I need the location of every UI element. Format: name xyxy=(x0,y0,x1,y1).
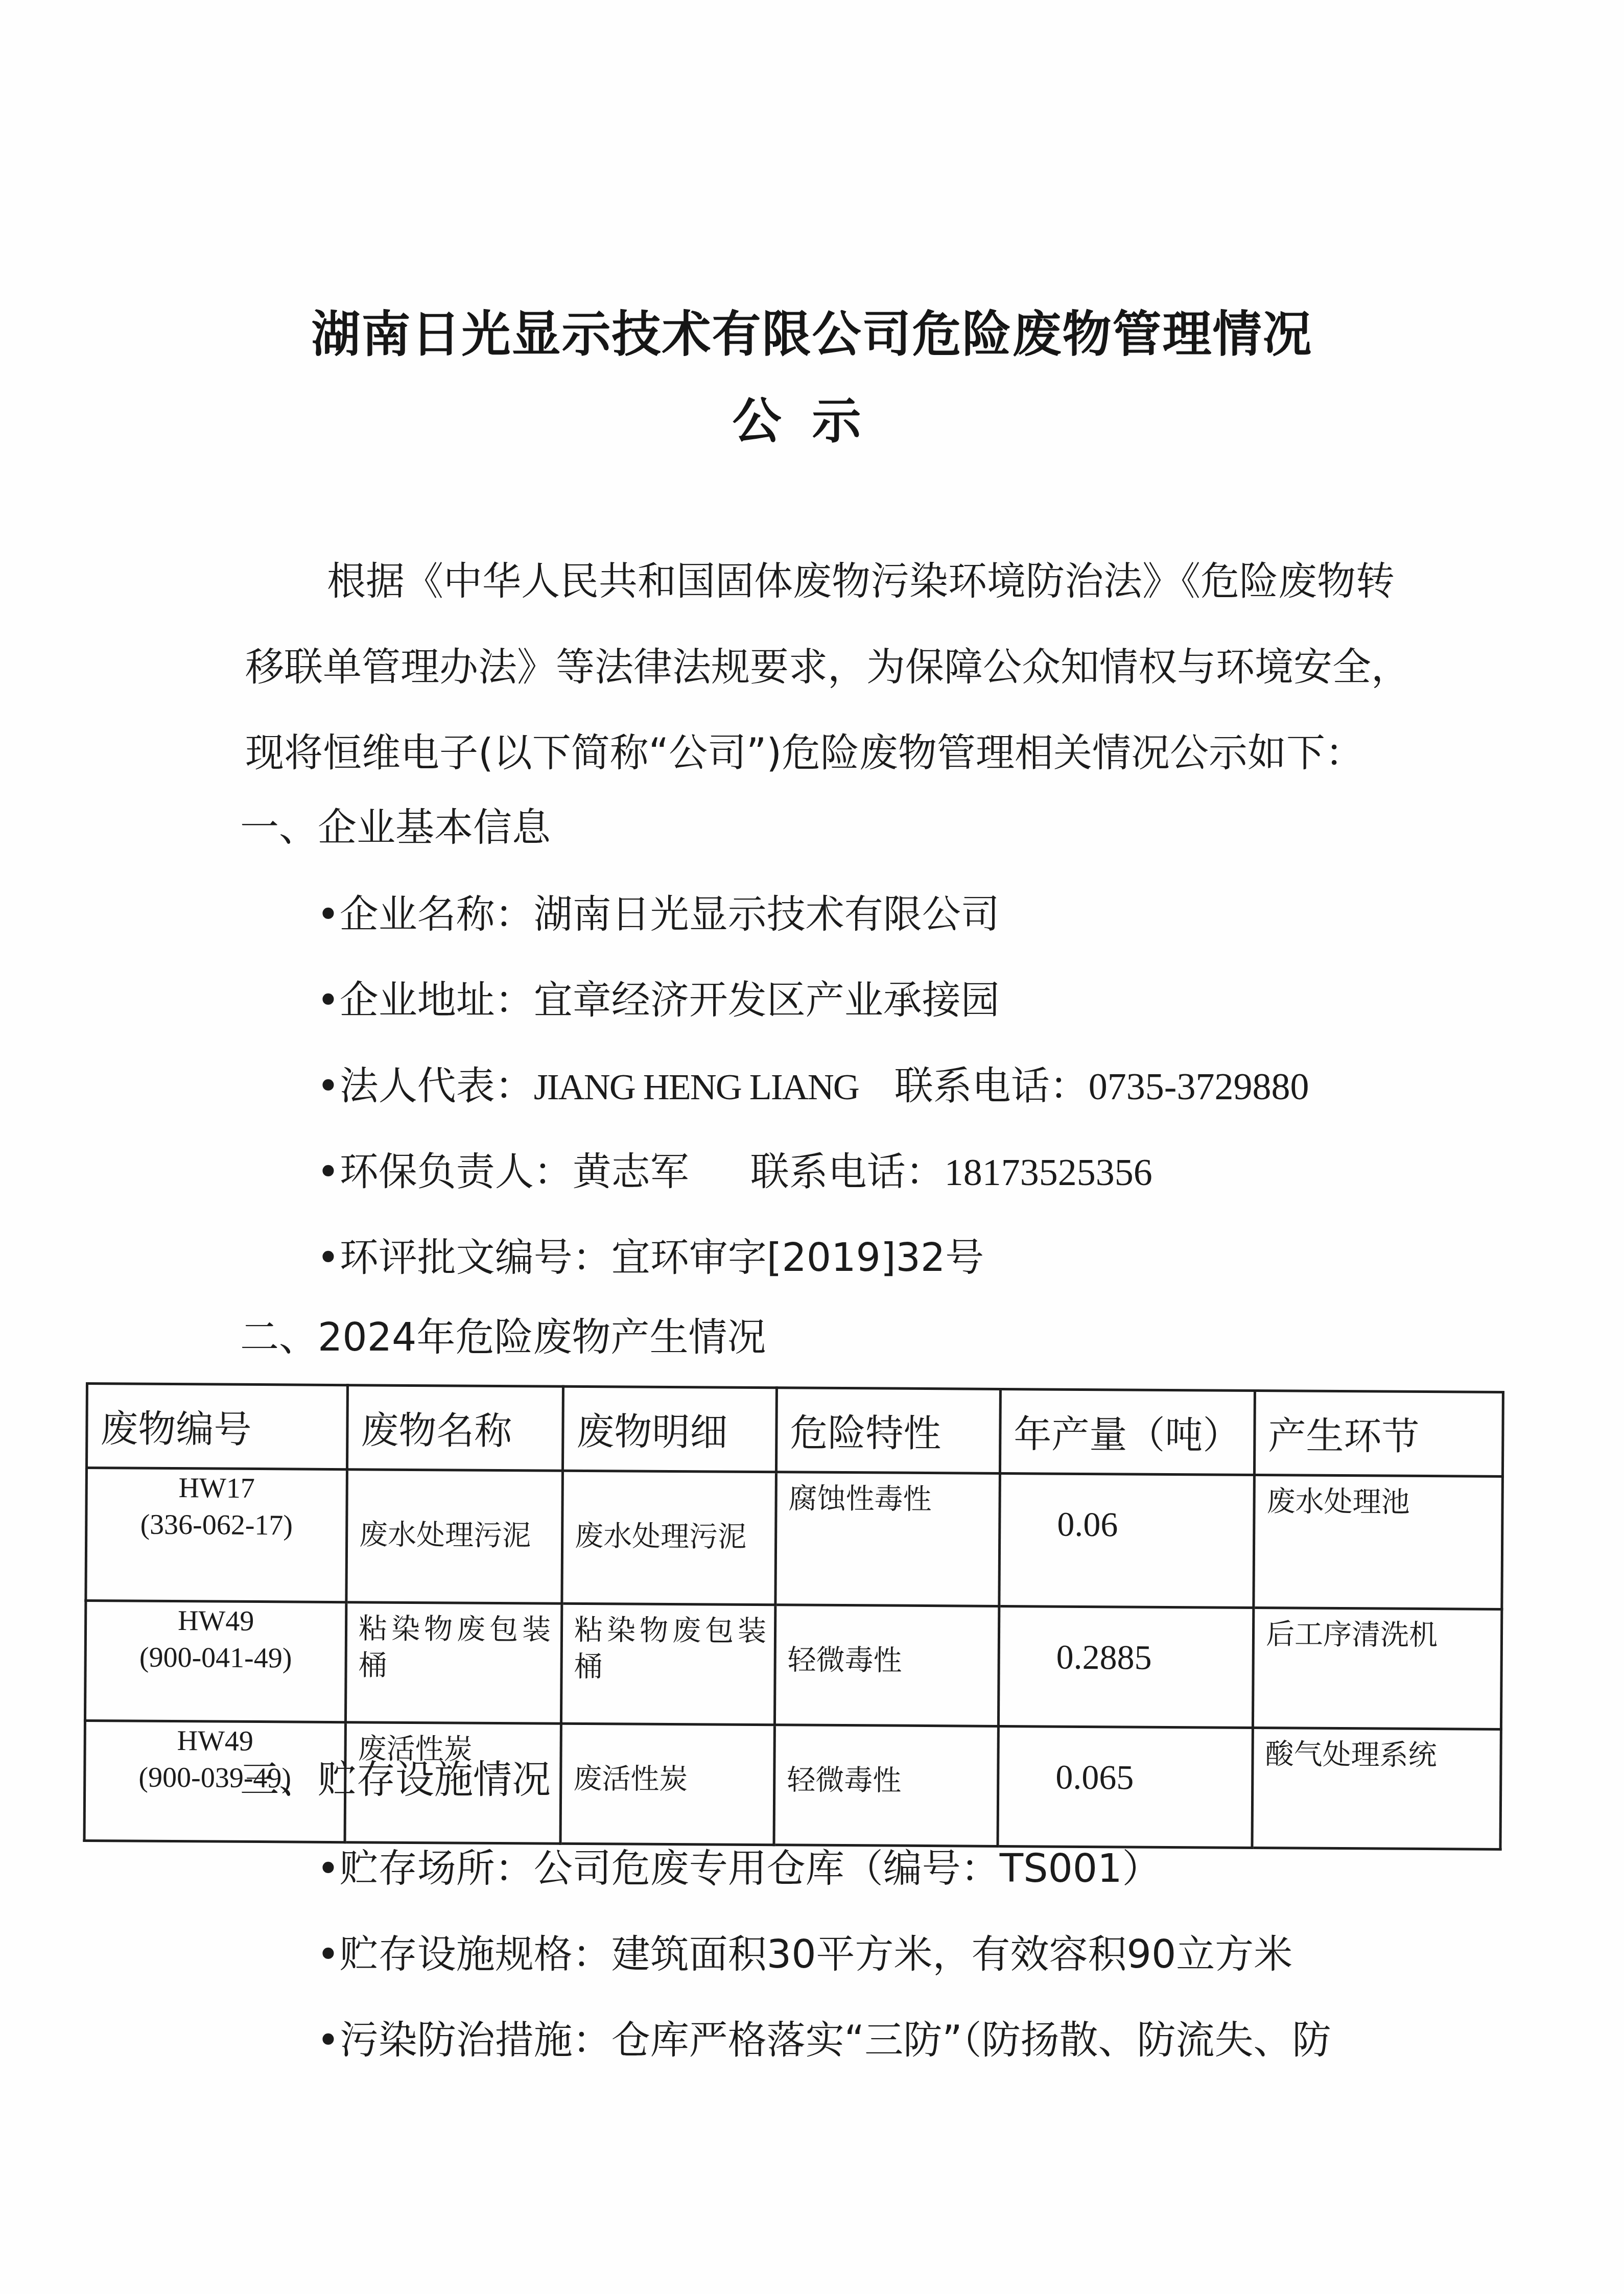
info-label: 环保负责人： xyxy=(340,1149,573,1194)
info-value: 公司危废专用仓库（编号：TS001） xyxy=(534,1846,1161,1891)
info-value: 宜章经济开发区产业承接园 xyxy=(534,977,1000,1023)
info-label: 法人代表： xyxy=(340,1063,534,1108)
info-value: 建筑面积30平方米，有效容积90立方米 xyxy=(611,1931,1292,1977)
cell-name: 废水处理污泥 xyxy=(346,1470,563,1604)
contact-phone: 18173525356 xyxy=(945,1152,1152,1194)
intro-line-1: 根据《中华人民共和国固体废物污染环境防治法》《危险废物转 xyxy=(327,562,1395,601)
cell-qty: 0.065 xyxy=(998,1726,1253,1848)
info-label: 环评批文编号： xyxy=(340,1235,611,1280)
bullet-icon xyxy=(317,1235,340,1280)
contact-phone: 0735-3729880 xyxy=(1089,1066,1309,1108)
info-value: 黄志军 xyxy=(573,1149,689,1194)
bullet-icon xyxy=(317,1846,340,1891)
section-1-heading: 一、企业基本信息 xyxy=(240,808,551,847)
section-2-heading: 二、2024年危险废物产生情况 xyxy=(240,1318,766,1357)
cell-stage: 后工序清洗机 xyxy=(1253,1607,1501,1729)
bullet-icon xyxy=(317,977,340,1023)
header-annual-qty: 年产量（吨） xyxy=(1000,1389,1255,1475)
info-value: 仓库严格落实“三防”（防扬散、防流失、防 xyxy=(611,2017,1331,2063)
section-3-heading: 三、贮存设施情况 xyxy=(240,1760,551,1799)
table-header-row: 废物编号 废物名称 废物明细 危险特性 年产量（吨） 产生环节 xyxy=(86,1384,1503,1477)
info-label: 贮存设施规格： xyxy=(340,1931,611,1977)
table-row: HW49(900-041-49) 粘染物废包装桶 粘染物废包装桶 轻微毒性 0.… xyxy=(85,1601,1501,1730)
info-label: 企业名称： xyxy=(340,891,534,937)
info-legal-rep: 法人代表：JIANG HENG LIANG联系电话：0735-3729880 xyxy=(317,1067,1309,1106)
header-stage: 产生环节 xyxy=(1254,1390,1503,1476)
intro-line-2: 移联单管理办法》等法律法规要求，为保障公众知情权与环境安全， xyxy=(245,648,1410,687)
table-row: HW17(336-062-17) 废水处理污泥 废水处理污泥 腐蚀性毒性 0.0… xyxy=(86,1468,1503,1610)
info-label: 贮存场所： xyxy=(340,1846,534,1891)
cell-detail: 废活性炭 xyxy=(560,1723,774,1845)
cell-name: 粘染物废包装桶 xyxy=(345,1602,561,1724)
cell-stage: 废水处理池 xyxy=(1254,1475,1503,1609)
document-title: 湖南日光显示技术有限公司危险废物管理情况 xyxy=(0,295,1624,365)
header-waste-name: 废物名称 xyxy=(347,1385,563,1471)
bullet-icon xyxy=(317,891,340,937)
contact-label: 联系电话： xyxy=(750,1149,945,1194)
bullet-icon xyxy=(317,1063,340,1108)
bullet-icon xyxy=(317,1149,340,1194)
info-eia-approval: 环评批文编号：宜环审字[2019]32号 xyxy=(317,1238,984,1277)
info-value: 宜环审字[2019]32号 xyxy=(611,1235,984,1280)
cell-qty: 0.06 xyxy=(999,1473,1255,1607)
cell-detail: 废水处理污泥 xyxy=(562,1471,776,1605)
document-page: 湖南日光显示技术有限公司危险废物管理情况 公示 根据《中华人民共和国固体废物污染… xyxy=(0,0,1624,2294)
header-waste-code: 废物编号 xyxy=(86,1384,347,1470)
cell-detail: 粘染物废包装桶 xyxy=(561,1603,775,1725)
info-company-name: 企业名称：湖南日光显示技术有限公司 xyxy=(317,895,1000,934)
intro-line-3: 现将恒维电子(以下简称“公司”)危险废物管理相关情况公示如下： xyxy=(245,734,1364,772)
cell-code: HW49(900-041-49) xyxy=(85,1601,346,1722)
info-label: 污染防治措施： xyxy=(340,2017,611,2063)
cell-qty: 0.2885 xyxy=(998,1606,1253,1728)
contact-label: 联系电话： xyxy=(895,1063,1089,1108)
cell-hazard: 轻微毒性 xyxy=(774,1725,998,1847)
cell-stage: 酸气处理系统 xyxy=(1252,1728,1501,1849)
info-value: JIANG HENG LIANG xyxy=(534,1067,859,1107)
info-env-manager: 环保负责人：黄志军联系电话：18173525356 xyxy=(317,1152,1152,1192)
storage-spec: 贮存设施规格：建筑面积30平方米，有效容积90立方米 xyxy=(317,1935,1292,1974)
info-company-address: 企业地址：宜章经济开发区产业承接园 xyxy=(317,981,1000,1020)
bullet-icon xyxy=(317,2017,340,2063)
info-label: 企业地址： xyxy=(340,977,534,1023)
pollution-measures: 污染防治措施：仓库严格落实“三防”（防扬散、防流失、防 xyxy=(317,2021,1331,2060)
header-hazard: 危险特性 xyxy=(776,1388,1000,1474)
cell-code: HW17(336-062-17) xyxy=(86,1468,347,1602)
document-subtitle: 公示 xyxy=(0,382,1624,452)
storage-location: 贮存场所：公司危废专用仓库（编号：TS001） xyxy=(317,1849,1161,1888)
bullet-icon xyxy=(317,1931,340,1977)
cell-hazard: 轻微毒性 xyxy=(774,1605,999,1727)
header-waste-detail: 废物明细 xyxy=(562,1386,776,1472)
cell-hazard: 腐蚀性毒性 xyxy=(775,1472,1000,1606)
info-value: 湖南日光显示技术有限公司 xyxy=(534,891,1000,937)
